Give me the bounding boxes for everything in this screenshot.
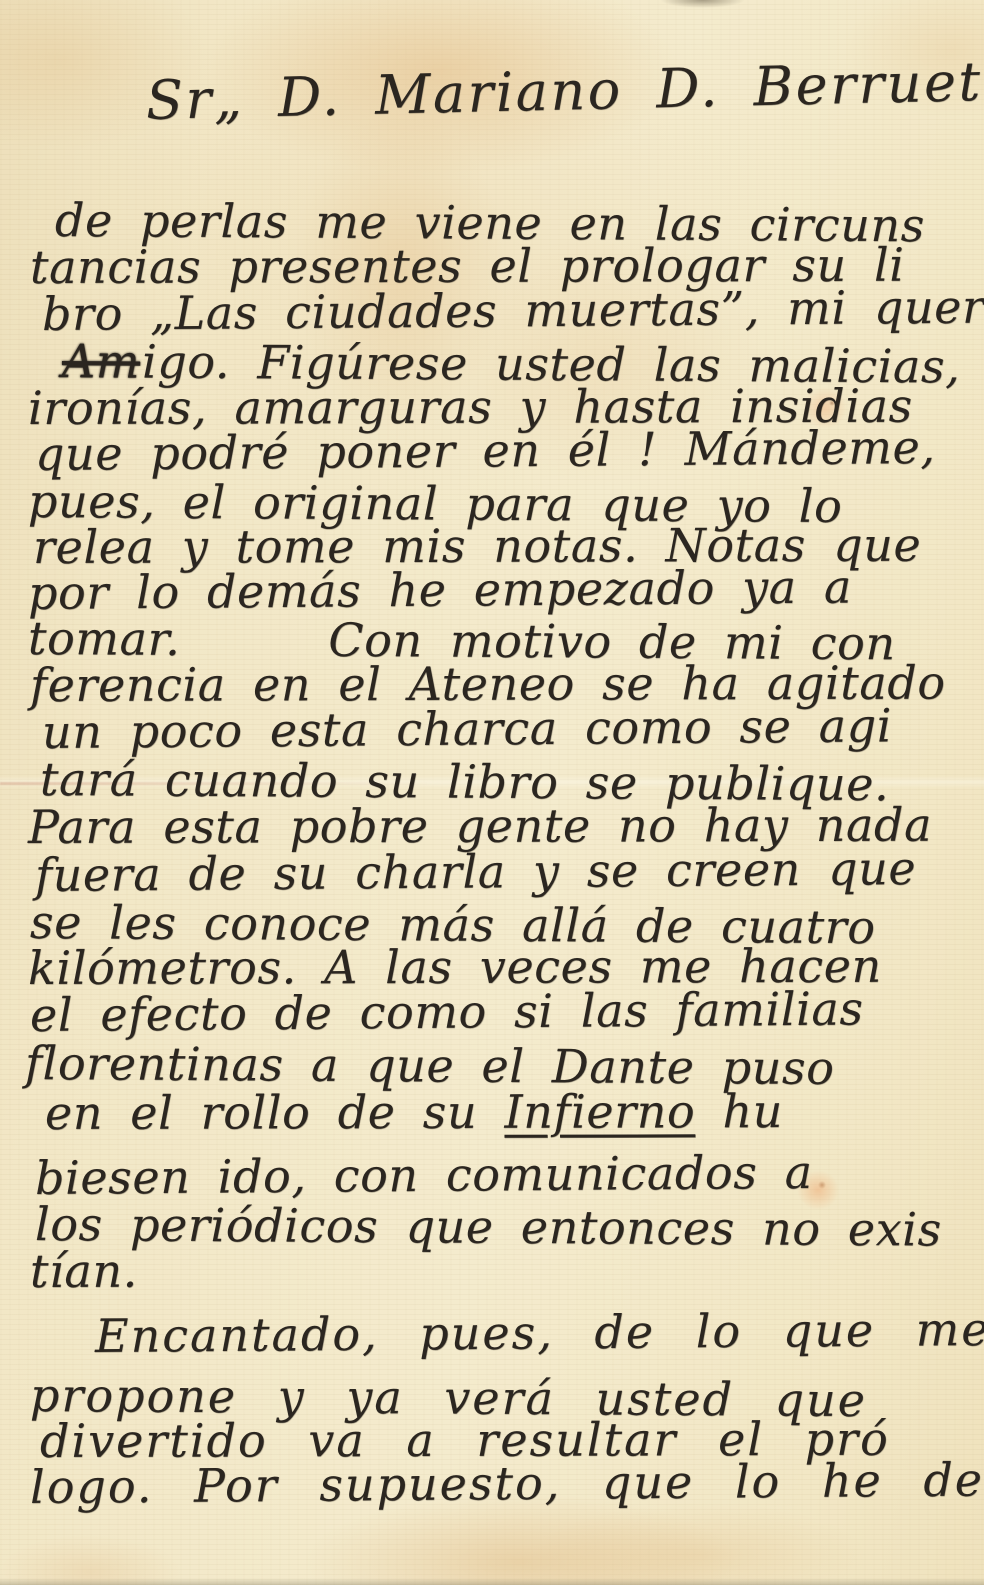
line-text: fuera de su charla y se creen que: [35, 841, 917, 902]
letter-line: fuera de su charla y se creen que: [35, 845, 917, 900]
line-text: Encantado, pues, de lo que me: [95, 1302, 984, 1363]
line-text: los periódicos que entonces no exis: [35, 1197, 942, 1257]
line-text: en el rollo de su: [45, 1085, 505, 1140]
line-text: logo. Por supuesto, que lo he de: [30, 1453, 984, 1514]
letter-line: biesen ido, con comunicados a: [35, 1149, 813, 1203]
letter-line: bro „Las ciudades muertas”, mi querido: [42, 283, 984, 339]
letter-line: por lo demás he empezado ya a: [28, 564, 852, 618]
letter-body: de perlas me viene en las circuns tancia…: [0, 0, 984, 1585]
line-text: biesen ido, con comunicados a: [35, 1145, 813, 1205]
letter-line: que podré poner en él ! Mándeme,: [35, 424, 936, 479]
line-text: tían.: [30, 1244, 138, 1298]
line-text: bro „Las ciudades muertas”, mi querido: [42, 279, 984, 341]
letter-line: logo. Por supuesto, que lo he de: [30, 1457, 984, 1512]
letter-line: un poco esta charca como se agi: [42, 702, 892, 757]
line-text: el efecto de como si las familias: [30, 981, 864, 1042]
letter-line: tían.: [30, 1248, 138, 1296]
line-text: un poco esta charca como se agi: [42, 698, 893, 759]
letter-line: el efecto de como si las familias: [30, 985, 864, 1039]
underlined-word: Infierno: [504, 1084, 695, 1138]
letter-line: en el rollo de su Infierno hu: [45, 1088, 783, 1138]
line-text: que podré poner en él ! Mándeme,: [35, 420, 936, 481]
letter-line: los periódicos que entonces no exis: [35, 1201, 942, 1254]
line-text: hu: [695, 1084, 783, 1138]
letter-page: Sr„ D. Mariano D. Berrueta de perlas me …: [0, 0, 984, 1585]
letter-line: Encantado, pues, de lo que me: [95, 1306, 984, 1361]
